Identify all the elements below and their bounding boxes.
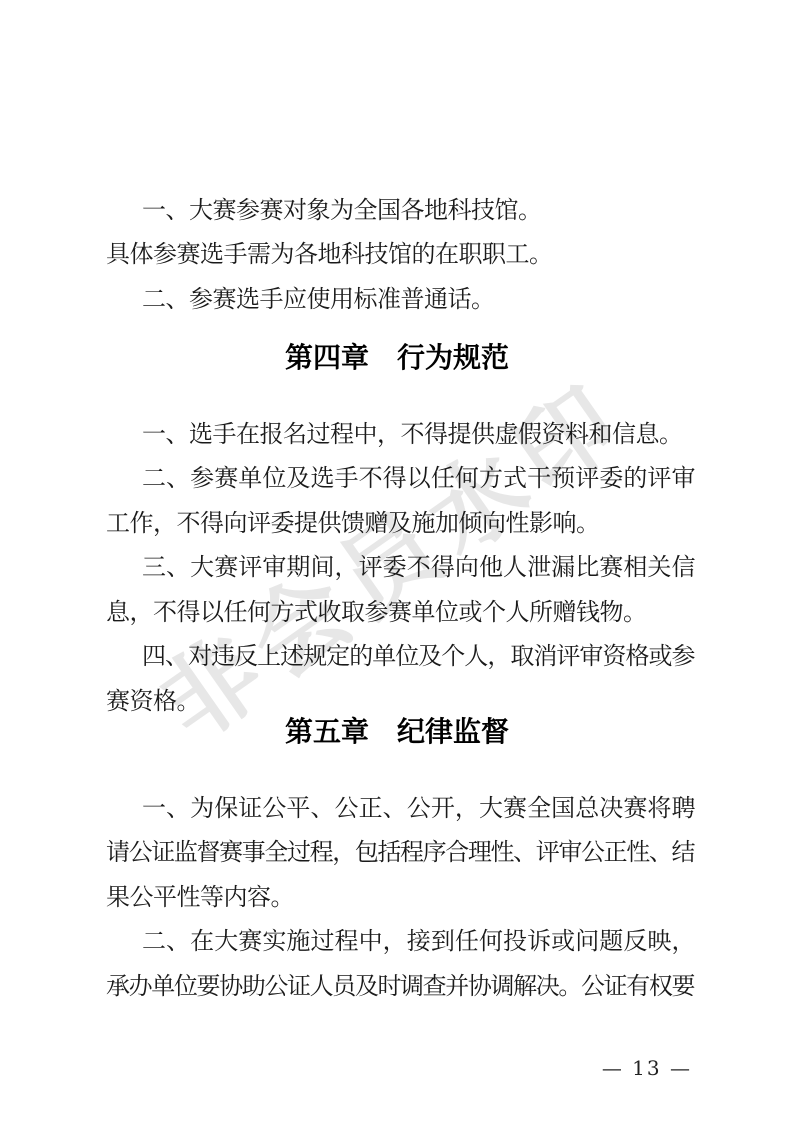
paragraph-line: 赛资格。 [106, 687, 694, 717]
paragraph-line: 工作，不得向评委提供馈赠及施加倾向性影响。 [106, 509, 694, 539]
paragraph-line: 二、在大赛实施过程中，接到任何投诉或问题反映， [106, 927, 694, 957]
chapter-5-heading: 第五章 纪律监督 [0, 715, 794, 749]
paragraph-line: 一、大赛参赛对象为全国各地科技馆。 [106, 196, 694, 226]
paragraph-line: 请公证监督赛事全过程，包括程序合理性、评审公正性、结 [106, 838, 694, 868]
page-number: — 13 — [602, 1056, 692, 1080]
chapter-4-heading: 第四章 行为规范 [0, 341, 794, 375]
document-page: 非会员水印 一、大赛参赛对象为全国各地科技馆。 具体参赛选手需为各地科技馆的在职… [0, 0, 794, 1122]
paragraph-line: 二、参赛选手应使用标准普通话。 [106, 285, 694, 315]
paragraph-line: 二、参赛单位及选手不得以任何方式干预评委的评审 [106, 464, 694, 494]
paragraph-line: 具体参赛选手需为各地科技馆的在职职工。 [106, 240, 694, 270]
paragraph-line: 四、对违反上述规定的单位及个人，取消评审资格或参 [106, 642, 694, 672]
paragraph-line: 承办单位要协助公证人员及时调查并协调解决。公证有权要 [106, 972, 694, 1002]
paragraph-line: 一、为保证公平、公正、公开，大赛全国总决赛将聘 [106, 794, 694, 824]
paragraph-line: 息，不得以任何方式收取参赛单位或个人所赠钱物。 [106, 598, 694, 628]
paragraph-line: 三、大赛评审期间，评委不得向他人泄漏比赛相关信 [106, 553, 694, 583]
paragraph-line: 果公平性等内容。 [106, 883, 694, 913]
paragraph-line: 一、选手在报名过程中，不得提供虚假资料和信息。 [106, 420, 694, 450]
